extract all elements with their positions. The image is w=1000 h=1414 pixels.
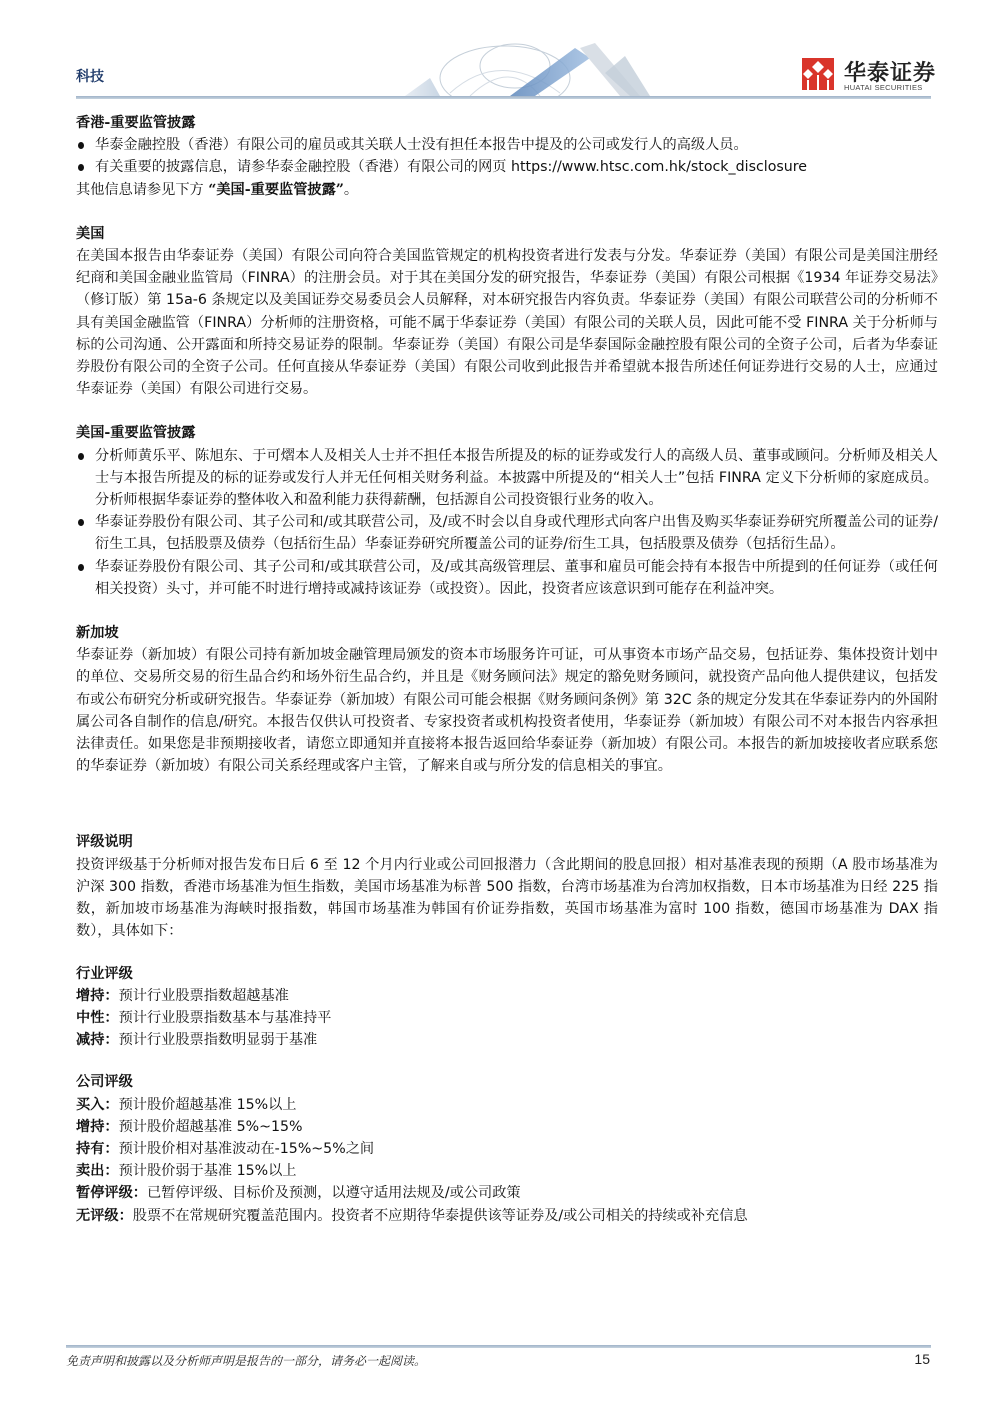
bullet-icon [78, 564, 84, 571]
bullet-icon [78, 453, 84, 460]
huatai-logo-mark-icon [802, 58, 834, 90]
section-title: 新加坡 [76, 622, 938, 644]
logo-name-en: HUATAI SECURITIES [844, 83, 923, 92]
industry-rating: 行业评级 增持：预计行业股票指数超越基准 中性：预计行业股票指数基本与基准持平 … [76, 963, 938, 1052]
document-body: 香港-重要监管披露 华泰金融控股（香港）有限公司的雇员或其关联人士没有担任本报告… [76, 112, 938, 1245]
hk-note: 其他信息请参见下方 “美国-重要监管披露”。 [76, 179, 938, 201]
section-tag: 科技 [76, 66, 104, 86]
subsection-title: 行业评级 [76, 963, 938, 985]
list-item: 华泰证券股份有限公司、其子公司和/或其联营公司，及/或不时会以自身或代理形式向客… [76, 511, 938, 555]
section-title: 美国-重要监管披露 [76, 422, 938, 444]
section-title: 评级说明 [76, 831, 938, 853]
rating-item: 增持：预计股价超越基准 5%~15% [76, 1116, 938, 1138]
section-body: 在美国本报告由华泰证券（美国）有限公司向符合美国监管规定的机构投资者进行发表与分… [76, 245, 938, 400]
bullet-list: 分析师黄乐平、陈旭东、于可熠本人及相关人士并不担任本报告所提及的标的证券或发行人… [76, 445, 938, 600]
section-sg: 新加坡 华泰证券（新加坡）有限公司持有新加坡金融管理局颁发的资本市场服务许可证，… [76, 622, 938, 777]
list-item: 华泰金融控股（香港）有限公司的雇员或其关联人士没有担任本报告中提及的公司或发行人… [76, 134, 938, 156]
rating-item: 持有：预计股价相对基准波动在-15%~5%之间 [76, 1138, 938, 1160]
footer-disclaimer: 免责声明和披露以及分析师声明是报告的一部分，请务必一起阅读。 [66, 1352, 426, 1369]
section-hk-disclosure: 香港-重要监管披露 华泰金融控股（香港）有限公司的雇员或其关联人士没有担任本报告… [76, 112, 938, 201]
huatai-logo: 华泰证券 HUATAI SECURITIES [800, 56, 960, 96]
list-item: 分析师黄乐平、陈旭东、于可熠本人及相关人士并不担任本报告所提及的标的证券或发行人… [76, 445, 938, 512]
rating-item: 中性：预计行业股票指数基本与基准持平 [76, 1007, 938, 1029]
section-us: 美国 在美国本报告由华泰证券（美国）有限公司向符合美国监管规定的机构投资者进行发… [76, 223, 938, 401]
rating-item: 买入：预计股价超越基准 15%以上 [76, 1094, 938, 1116]
page-header: 科技 华泰证券 HUATAI SECURITIES [0, 0, 1000, 100]
globe-banner-graphic [390, 38, 690, 96]
section-body: 投资评级基于分析师对报告发布日后 6 至 12 个月内行业或公司回报潜力（含此期… [76, 854, 938, 943]
spacer [76, 795, 938, 831]
page-number: 15 [914, 1351, 930, 1367]
list-item: 华泰证券股份有限公司、其子公司和/或其联营公司，及/或其高级管理层、董事和雇员可… [76, 556, 938, 600]
footer-divider [66, 1345, 931, 1348]
company-rating: 公司评级 买入：预计股价超越基准 15%以上 增持：预计股价超越基准 5%~15… [76, 1071, 938, 1226]
rating-item: 增持：预计行业股票指数超越基准 [76, 985, 938, 1007]
bullet-icon [78, 142, 84, 149]
header-divider [76, 96, 931, 99]
hk-note-reference: “美国-重要监管披露” [208, 182, 344, 198]
section-us-disclosure: 美国-重要监管披露 分析师黄乐平、陈旭东、于可熠本人及相关人士并不担任本报告所提… [76, 422, 938, 600]
rating-item: 卖出：预计股价弱于基准 15%以上 [76, 1160, 938, 1182]
section-rating: 评级说明 投资评级基于分析师对报告发布日后 6 至 12 个月内行业或公司回报潜… [76, 831, 938, 942]
bullet-list: 华泰金融控股（香港）有限公司的雇员或其关联人士没有担任本报告中提及的公司或发行人… [76, 134, 938, 178]
rating-item: 暂停评级：已暂停评级、目标价及预测，以遵守适用法规及/或公司政策 [76, 1182, 938, 1204]
subsection-title: 公司评级 [76, 1071, 938, 1093]
rating-item: 无评级：股票不在常规研究覆盖范围内。投资者不应期待华泰提供该等证券及/或公司相关… [76, 1205, 938, 1227]
list-item: 有关重要的披露信息，请参华泰金融控股（香港）有限公司的网页 https://ww… [76, 156, 938, 178]
section-title: 美国 [76, 223, 938, 245]
section-body: 华泰证券（新加坡）有限公司持有新加坡金融管理局颁发的资本市场服务许可证，可从事资… [76, 644, 938, 777]
bullet-icon [78, 519, 84, 526]
bullet-icon [78, 164, 84, 171]
rating-item: 减持：预计行业股票指数明显弱于基准 [76, 1029, 938, 1051]
section-title: 香港-重要监管披露 [76, 112, 938, 134]
